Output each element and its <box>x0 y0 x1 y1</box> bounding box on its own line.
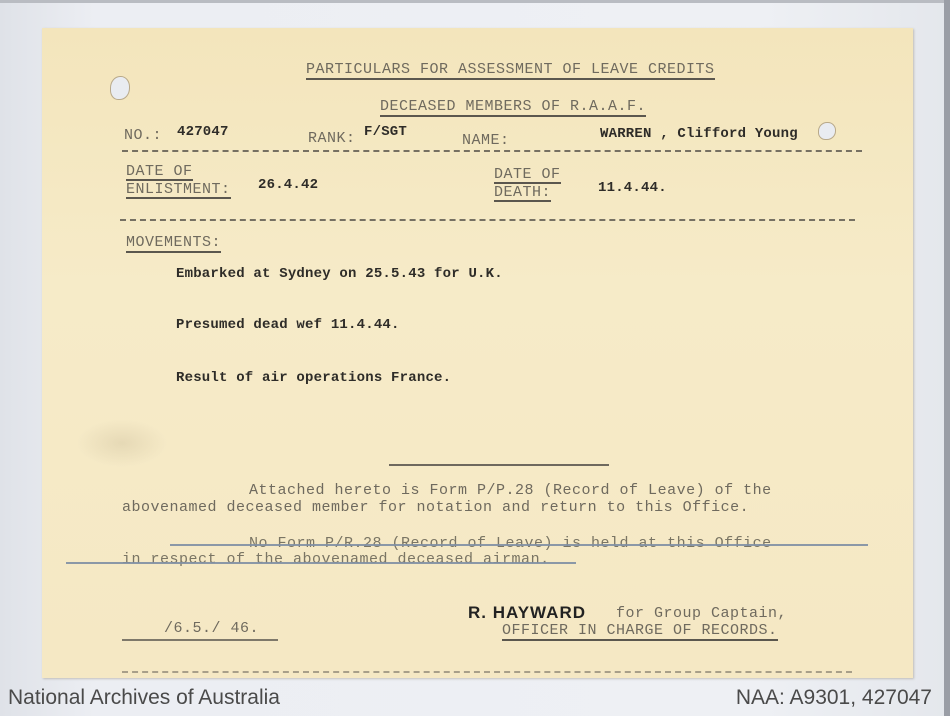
movement-entry-3: Result of air operations France. <box>176 370 451 386</box>
service-number-value: 427047 <box>177 124 229 140</box>
rule-row-1 <box>122 150 862 152</box>
movement-entry-1: Embarked at Sydney on 25.5.43 for U.K. <box>176 266 503 282</box>
document-title: PARTICULARS FOR ASSESSMENT OF LEAVE CRED… <box>306 61 715 80</box>
archive-name: National Archives of Australia <box>8 686 280 710</box>
rule-row-2 <box>120 219 855 221</box>
date-underline <box>122 639 278 641</box>
name-label: NAME: <box>462 132 510 149</box>
enlistment-label-line2: ENLISTMENT: <box>126 182 231 199</box>
attached-paragraph-line1: Attached hereto is Form P/P.28 (Record o… <box>249 482 772 499</box>
death-date-value: 11.4.44. <box>598 180 667 196</box>
enlistment-date-value: 26.4.42 <box>258 177 318 193</box>
rank-value: F/SGT <box>364 124 407 140</box>
section-divider <box>389 464 609 466</box>
attached-paragraph-line2: abovenamed deceased member for notation … <box>122 499 749 516</box>
archive-reference: NAA: A9301, 427047 <box>736 686 932 710</box>
document-page: PARTICULARS FOR ASSESSMENT OF LEAVE CRED… <box>42 28 913 678</box>
movement-entry-2: Presumed dead wef 11.4.44. <box>176 317 400 333</box>
movements-label: MOVEMENTS: <box>126 234 221 253</box>
scan-top-edge <box>0 0 950 3</box>
struck-paragraph-line2: in respect of the abovenamed deceased ai… <box>122 551 550 568</box>
strikethrough-line-2 <box>66 562 576 564</box>
signature-title: OFFICER IN CHARGE OF RECORDS. <box>502 622 778 641</box>
service-number-label: NO.: <box>124 127 162 144</box>
rank-label: RANK: <box>308 130 356 147</box>
punch-hole-right <box>818 122 836 140</box>
signature-name: R. HAYWARD <box>468 603 586 623</box>
death-label-line1: DATE OF <box>494 167 561 184</box>
enlistment-label-line1: DATE OF <box>126 164 193 181</box>
signature-for-line: for Group Captain, <box>616 605 787 622</box>
death-label-line2: DEATH: <box>494 185 551 202</box>
document-date: /6.5./ 46. <box>164 620 259 637</box>
document-subtitle: DECEASED MEMBERS OF R.A.A.F. <box>380 98 646 117</box>
name-value: WARREN , Clifford Young <box>600 126 798 142</box>
scan-right-edge <box>944 0 950 716</box>
punch-hole-left <box>110 76 130 100</box>
bottom-rule <box>122 671 852 673</box>
strikethrough-line-1 <box>170 544 868 546</box>
